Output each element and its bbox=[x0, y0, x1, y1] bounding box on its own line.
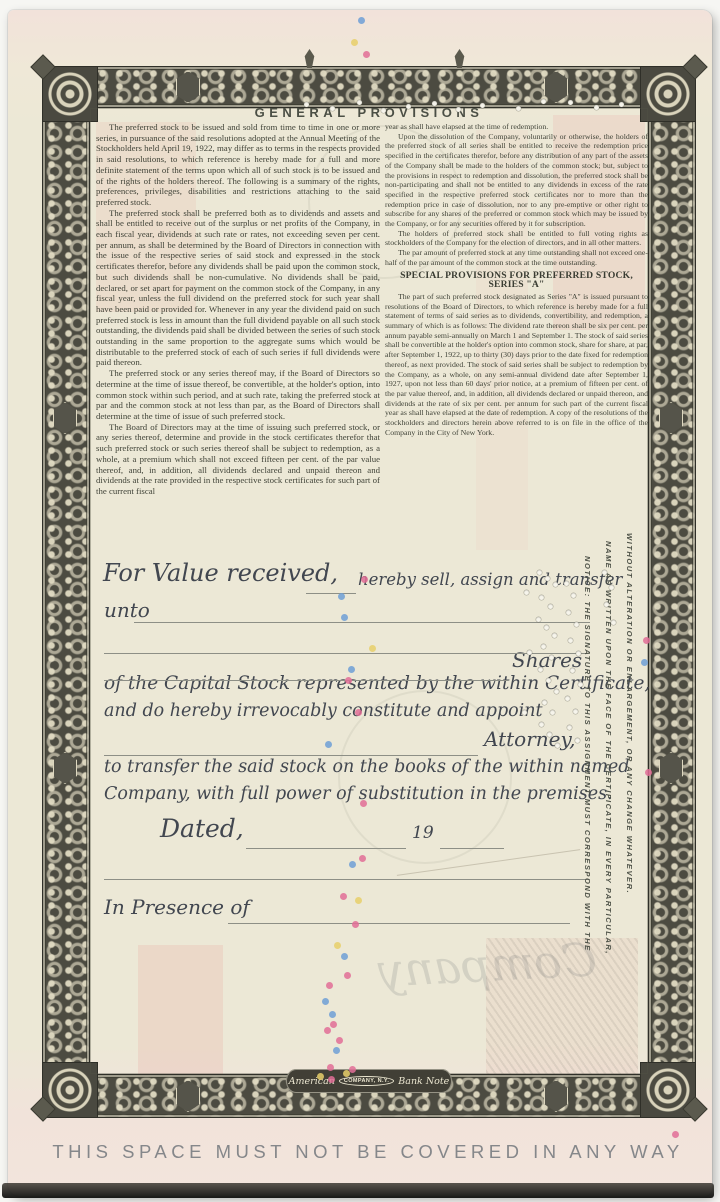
bank-note-company-banner: American COMPANY, N.Y. Bank Note bbox=[286, 1069, 452, 1093]
special-provisions-heading: SPECIAL PROVISIONS FOR PREFERRED STOCK, … bbox=[385, 271, 648, 290]
assignment-in-presence-of: In Presence of bbox=[104, 895, 250, 919]
confetti-dot bbox=[327, 1064, 334, 1071]
punch-hole bbox=[545, 576, 550, 581]
punch-hole bbox=[549, 655, 554, 660]
paragraph: The preferred stock to be issued and sol… bbox=[96, 122, 380, 208]
confetti-dot bbox=[358, 17, 365, 24]
punch-hole bbox=[544, 625, 549, 630]
border-corner-rosette bbox=[640, 66, 696, 122]
assignment-capital-stock: of the Capital Stock represented by the … bbox=[104, 673, 650, 694]
punch-hole bbox=[576, 651, 581, 656]
punch-hole bbox=[542, 700, 547, 705]
punch-hole bbox=[547, 732, 552, 737]
confetti-dot bbox=[329, 1011, 336, 1018]
punch-hole bbox=[480, 103, 485, 108]
confetti-dot bbox=[317, 1073, 324, 1080]
confetti-dot bbox=[325, 741, 332, 748]
blank-rule-witness bbox=[228, 923, 570, 924]
paragraph: The preferred stock shall be preferred b… bbox=[96, 208, 380, 369]
punch-hole bbox=[611, 620, 616, 625]
blank-rule-signature bbox=[104, 879, 590, 880]
assignment-year-prefix: 19 bbox=[412, 823, 434, 843]
confetti-dot bbox=[338, 593, 345, 600]
punch-hole bbox=[619, 102, 624, 107]
confetti-dot bbox=[349, 861, 356, 868]
punch-hole bbox=[571, 593, 576, 598]
blank-rule-shares bbox=[104, 680, 508, 681]
signature-notice-line3: WITHOUT ALTERATION OR ENLARGEMENT, OR AN… bbox=[625, 533, 634, 963]
paragraph: The part of such preferred stock designa… bbox=[385, 292, 648, 438]
blank-rule-attorney bbox=[104, 755, 478, 756]
assignment-for-value-received: For Value received, bbox=[103, 559, 338, 587]
punch-hole bbox=[456, 107, 461, 112]
paragraph: The par amount of preferred stock at any… bbox=[385, 248, 648, 267]
confetti-dot bbox=[345, 677, 352, 684]
assignment-transfer-line2: Company, with full power of substitution… bbox=[104, 784, 613, 804]
paragraph: Upon the dissolution of the Company, vol… bbox=[385, 132, 648, 229]
confetti-dot bbox=[361, 576, 368, 583]
punch-hole bbox=[568, 638, 573, 643]
blank-rule-assignor bbox=[306, 593, 356, 594]
confetti-dot bbox=[359, 855, 366, 862]
punch-hole bbox=[330, 106, 335, 111]
confetti-dot bbox=[349, 1066, 356, 1073]
punch-hole bbox=[602, 570, 607, 575]
border-band-top bbox=[42, 66, 696, 108]
punch-hole bbox=[553, 582, 558, 587]
confetti-dot bbox=[352, 921, 359, 928]
provisions-right-column: year as shall have elapsed at the time o… bbox=[385, 122, 648, 438]
punch-hole bbox=[550, 710, 555, 715]
punch-hole bbox=[432, 101, 437, 106]
border-band-right bbox=[648, 66, 696, 1118]
paragraph: The Board of Directors may at the time o… bbox=[96, 422, 380, 497]
confetti-dot bbox=[360, 800, 367, 807]
punch-hole bbox=[539, 595, 544, 600]
blank-rule-unto bbox=[134, 622, 590, 623]
punch-hole bbox=[578, 682, 583, 687]
punch-hole bbox=[564, 581, 569, 586]
confetti-dot bbox=[355, 709, 362, 716]
banner-right-text: Bank Note bbox=[398, 1076, 449, 1087]
paragraph: The holders of preferred stock shall be … bbox=[385, 229, 648, 248]
punch-hole bbox=[304, 102, 309, 107]
punch-hole bbox=[575, 738, 580, 743]
confetti-dot bbox=[369, 645, 376, 652]
punch-hole bbox=[522, 710, 527, 715]
confetti-dot bbox=[334, 942, 341, 949]
punch-hole bbox=[573, 709, 578, 714]
punch-hole bbox=[537, 570, 542, 575]
confetti-dot bbox=[351, 39, 358, 46]
punch-hole bbox=[552, 633, 557, 638]
blank-rule-date bbox=[246, 848, 406, 849]
certificate-paper: NEBRASKA TEXAS Company GENERAL PROVISION… bbox=[8, 10, 712, 1196]
punch-hole bbox=[541, 99, 546, 104]
page-title: GENERAL PROVISIONS bbox=[93, 105, 645, 120]
confetti-dot bbox=[340, 893, 347, 900]
punch-hole bbox=[546, 678, 551, 683]
punch-hole bbox=[541, 644, 546, 649]
assignment-dated: Dated, bbox=[160, 814, 244, 843]
punch-hole bbox=[554, 689, 559, 694]
confetti-dot bbox=[328, 1076, 335, 1083]
confetti-dot bbox=[341, 614, 348, 621]
punch-hole bbox=[567, 725, 572, 730]
punch-hole bbox=[524, 590, 529, 595]
paragraph: The preferred stock or any series thereo… bbox=[96, 368, 380, 422]
confetti-dot bbox=[333, 1047, 340, 1054]
punch-hole bbox=[594, 105, 599, 110]
confetti-dot bbox=[344, 972, 351, 979]
punch-hole bbox=[538, 667, 543, 672]
punch-hole bbox=[357, 100, 362, 105]
punch-hole bbox=[565, 696, 570, 701]
assignment-constitute-appoint: and do hereby irrevocably constitute and… bbox=[104, 701, 543, 721]
punch-hole bbox=[381, 108, 386, 113]
confetti-dot bbox=[326, 982, 333, 989]
punch-hole bbox=[406, 104, 411, 109]
punch-hole bbox=[548, 604, 553, 609]
punch-hole bbox=[566, 610, 571, 615]
scanned-certificate-back: NEBRASKA TEXAS Company GENERAL PROVISION… bbox=[0, 0, 720, 1202]
punch-hole bbox=[516, 106, 521, 111]
confetti-dot bbox=[363, 51, 370, 58]
punch-hole bbox=[555, 743, 560, 748]
banner-center-oval: COMPANY, N.Y. bbox=[339, 1076, 394, 1086]
punch-hole bbox=[527, 650, 532, 655]
punch-hole bbox=[536, 617, 541, 622]
footer-instruction: THIS SPACE MUST NOT BE COVERED IN ANY WA… bbox=[8, 1141, 720, 1163]
confetti-dot bbox=[341, 953, 348, 960]
blank-rule-year bbox=[440, 848, 504, 849]
paragraph-continuation: year as shall have elapsed at the time o… bbox=[385, 122, 648, 132]
punch-hole bbox=[604, 602, 609, 607]
punch-hole bbox=[570, 668, 575, 673]
special-heading-line2: SERIES "A" bbox=[488, 279, 544, 290]
confetti-dot bbox=[348, 666, 355, 673]
confetti-dot bbox=[645, 769, 652, 776]
confetti-dot bbox=[322, 998, 329, 1005]
punch-hole bbox=[574, 622, 579, 627]
confetti-dot bbox=[643, 637, 650, 644]
scan-edge-shadow bbox=[2, 1183, 714, 1198]
assignment-transfer-line1: to transfer the said stock on the books … bbox=[104, 757, 629, 777]
blank-rule bbox=[104, 653, 590, 654]
confetti-dot bbox=[672, 1131, 679, 1138]
punch-hole bbox=[568, 100, 573, 105]
punch-hole bbox=[609, 585, 614, 590]
assignment-unto: unto bbox=[104, 598, 150, 622]
confetti-dot bbox=[355, 897, 362, 904]
signature-notice-line1: NOTICE: THE SIGNATURE TO THIS ASSIGNMENT… bbox=[583, 556, 592, 986]
punch-hole bbox=[539, 722, 544, 727]
border-band-left bbox=[42, 66, 90, 1118]
confetti-dot bbox=[324, 1027, 331, 1034]
confetti-dot bbox=[641, 659, 648, 666]
confetti-dot bbox=[336, 1037, 343, 1044]
assignment-attorney: Attorney, bbox=[484, 727, 575, 751]
provisions-left-column: The preferred stock to be issued and sol… bbox=[96, 122, 380, 497]
confetti-dot bbox=[330, 1021, 337, 1028]
